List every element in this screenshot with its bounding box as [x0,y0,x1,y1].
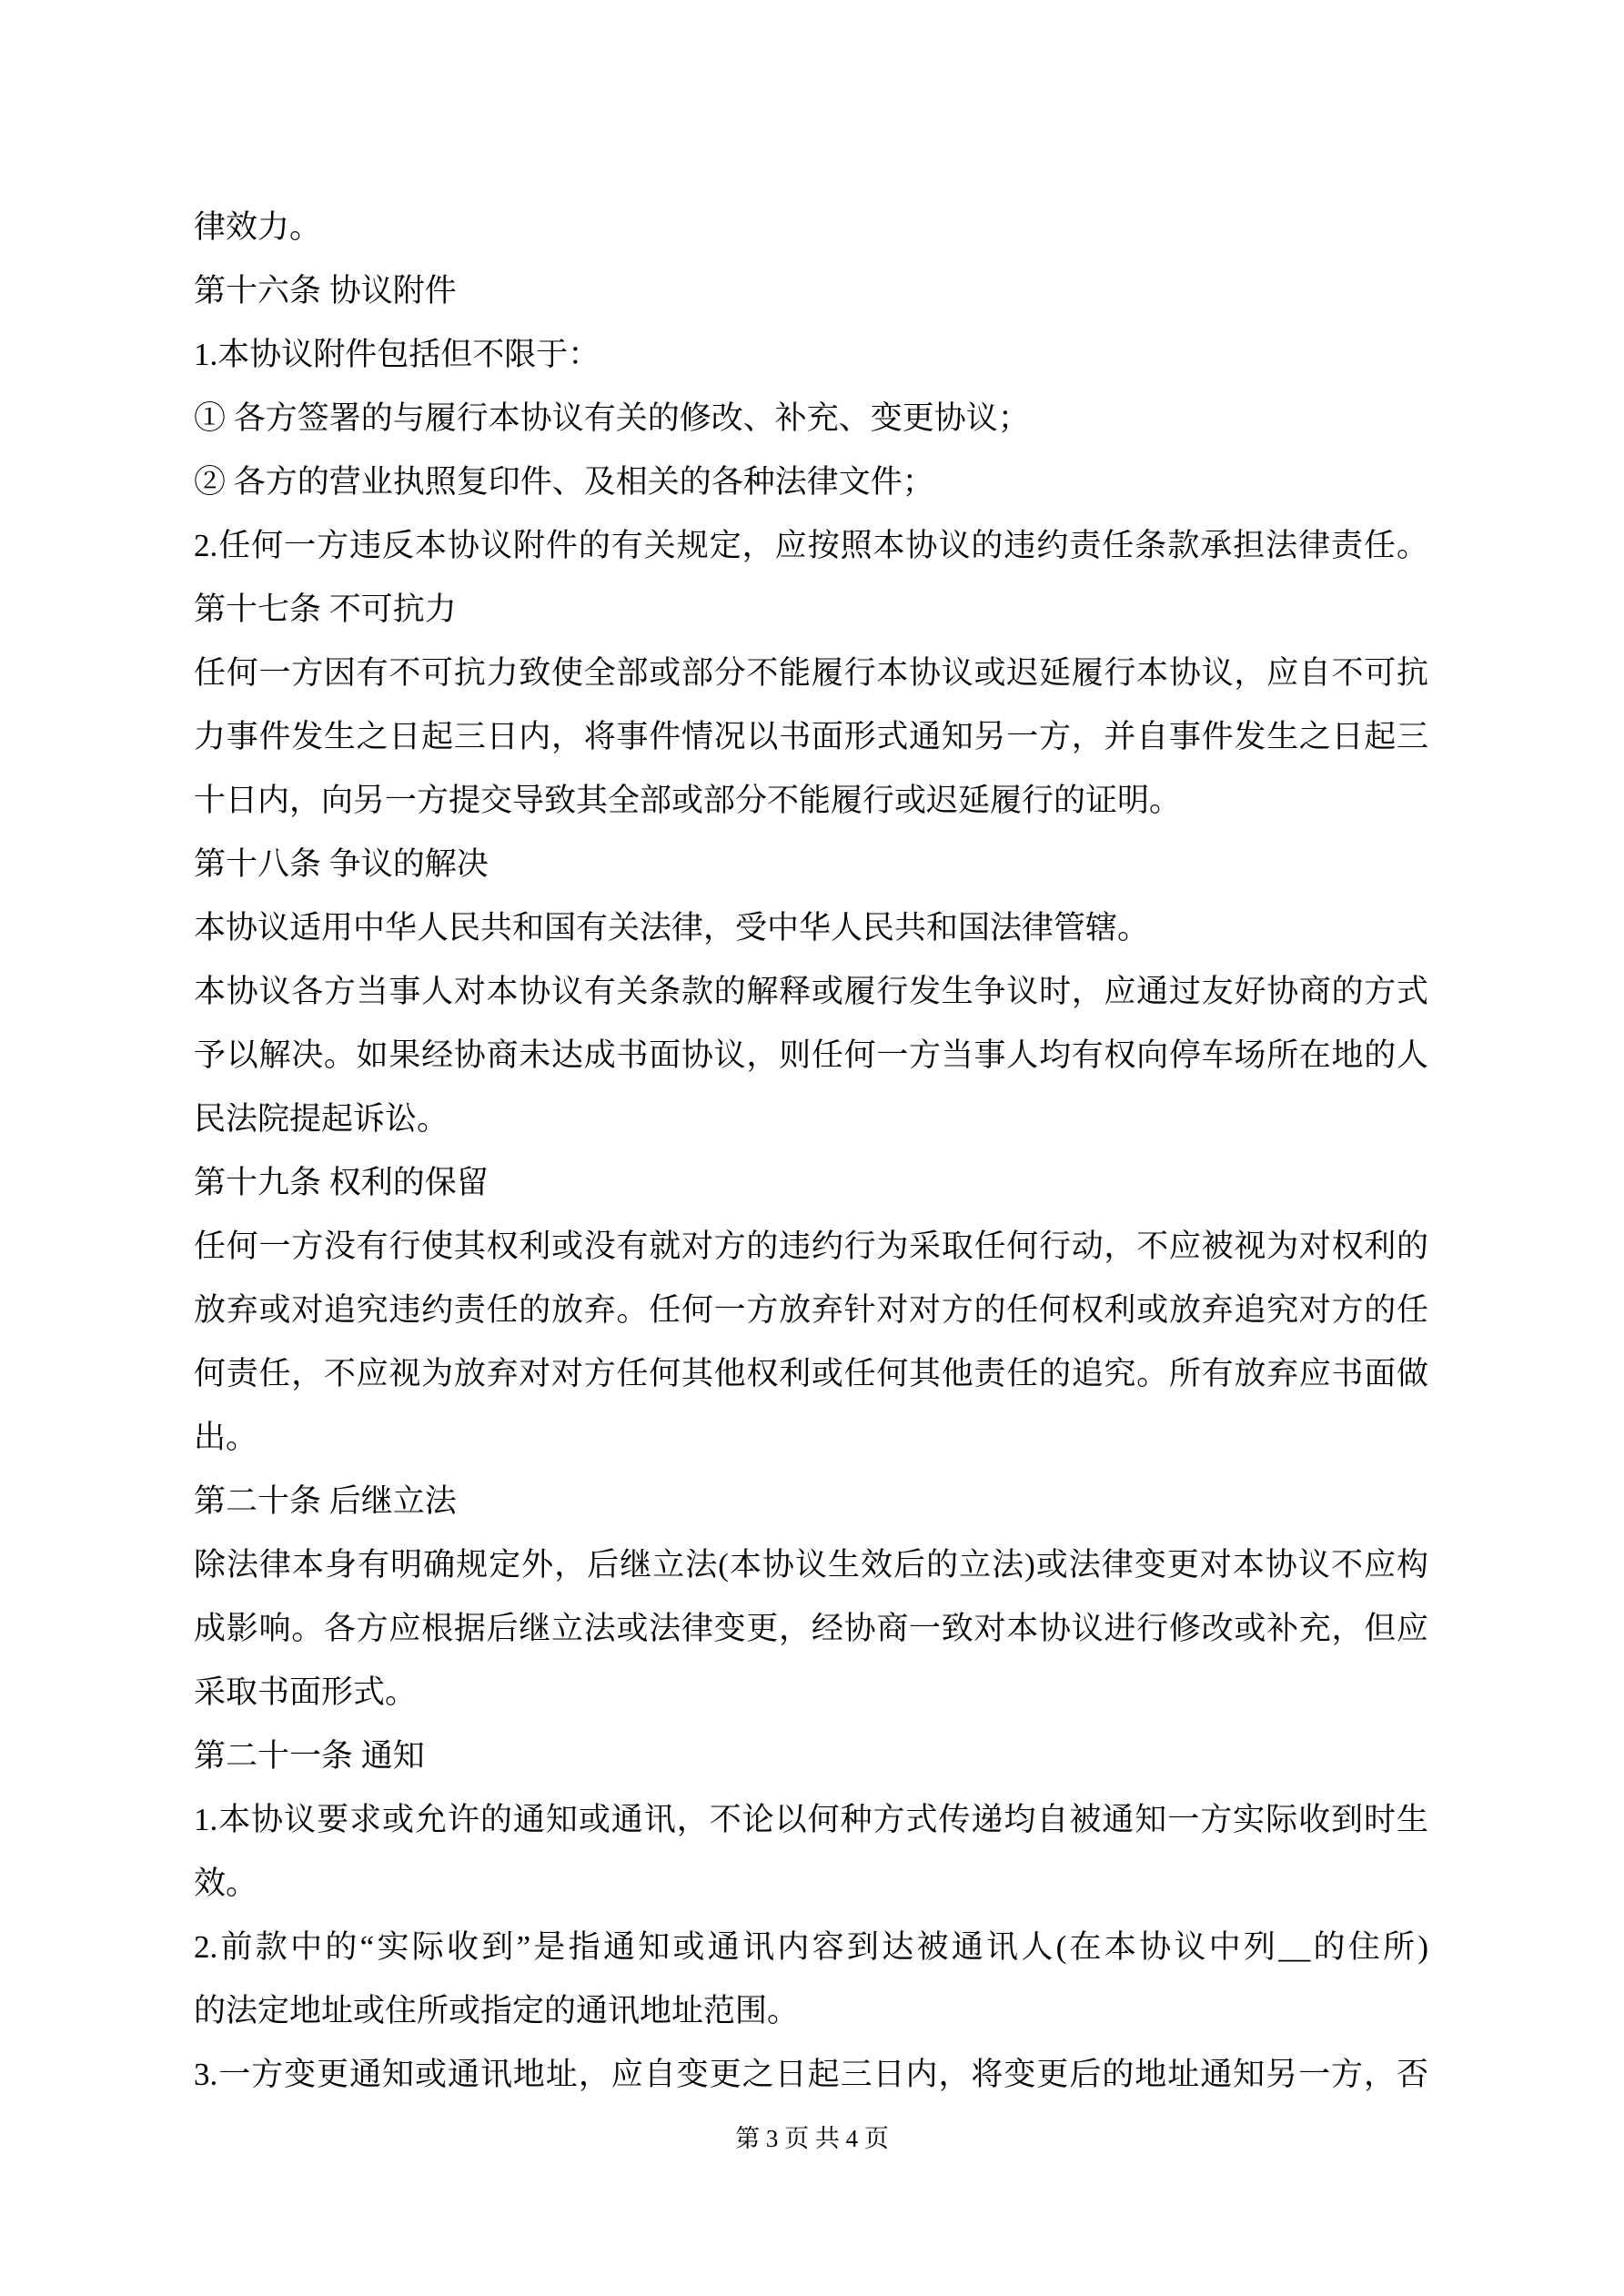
document-line: 成影响。各方应根据后继立法或法律变更，经协商一致对本协议进行修改或补充，但应 [194,1597,1428,1661]
document-line: 第二十一条 通知 [194,1725,1428,1788]
document-line: 2.前款中的“实际收到”是指通知或通讯内容到达被通讯人(在本协议中列__的住所) [194,1916,1428,1979]
document-line: 任何一方因有不可抗力致使全部或部分不能履行本协议或迟延履行本协议，应自不可抗 [194,642,1428,705]
document-line: 律效力。 [194,196,1428,259]
document-line: 民法院提起诉讼。 [194,1087,1428,1151]
document-line: 的法定地址或住所或指定的通讯地址范围。 [194,1979,1428,2043]
document-line: 第二十条 后继立法 [194,1470,1428,1533]
document-page: 律效力。第十六条 协议附件1.本协议附件包括但不限于：① 各方签署的与履行本协议… [0,0,1624,2296]
document-line: ② 各方的营业执照复印件、及相关的各种法律文件； [194,450,1428,514]
document-line: 放弃或对追究违约责任的放弃。任何一方放弃针对对方的任何权利或放弃追究对方的任 [194,1279,1428,1342]
document-line: 2.任何一方违反本协议附件的有关规定，应按照本协议的违约责任条款承担法律责任。 [194,514,1428,578]
document-line: 本协议各方当事人对本协议有关条款的解释或履行发生争议时，应通过友好协商的方式 [194,960,1428,1024]
document-line: 第十八条 争议的解决 [194,833,1428,896]
document-line: 效。 [194,1852,1428,1916]
document-line: 1.本协议附件包括但不限于： [194,323,1428,387]
document-line: 出。 [194,1406,1428,1470]
document-line: 第十九条 权利的保留 [194,1151,1428,1215]
document-line: 采取书面形式。 [194,1661,1428,1725]
document-line: 除法律本身有明确规定外，后继立法(本协议生效后的立法)或法律变更对本协议不应构 [194,1533,1428,1597]
document-line: 任何一方没有行使其权利或没有就对方的违约行为采取任何行动，不应被视为对权利的 [194,1215,1428,1279]
document-line: 予以解决。如果经协商未达成书面协议，则任何一方当事人均有权向停车场所在地的人 [194,1024,1428,1087]
document-line: 第十七条 不可抗力 [194,578,1428,642]
document-line: 1.本协议要求或允许的通知或通讯，不论以何种方式传递均自被通知一方实际收到时生 [194,1788,1428,1852]
document-line: 十日内，向另一方提交导致其全部或部分不能履行或迟延履行的证明。 [194,769,1428,833]
document-line: 3.一方变更通知或通讯地址，应自变更之日起三日内，将变更后的地址通知另一方，否 [194,2043,1428,2107]
page-footer: 第 3 页 共 4 页 [0,2107,1624,2170]
document-body: 律效力。第十六条 协议附件1.本协议附件包括但不限于：① 各方签署的与履行本协议… [194,196,1428,2107]
document-line: 本协议适用中华人民共和国有关法律，受中华人民共和国法律管辖。 [194,896,1428,960]
document-line: 何责任，不应视为放弃对对方任何其他权利或任何其他责任的追究。所有放弃应书面做 [194,1342,1428,1406]
document-line: 第十六条 协议附件 [194,259,1428,323]
document-line: ① 各方签署的与履行本协议有关的修改、补充、变更协议； [194,387,1428,450]
document-line: 力事件发生之日起三日内，将事件情况以书面形式通知另一方，并自事件发生之日起三 [194,705,1428,769]
